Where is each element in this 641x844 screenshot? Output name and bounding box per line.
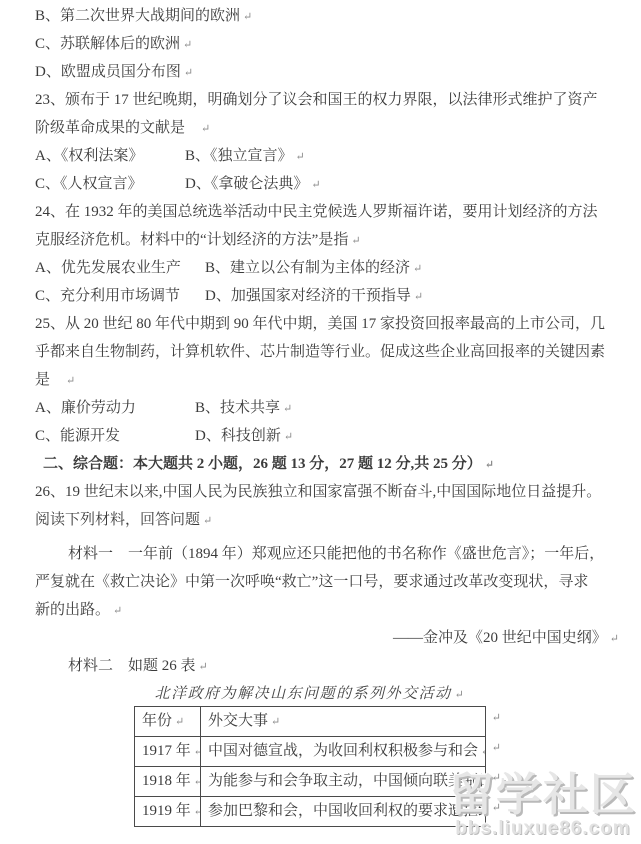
return-mark: ↵ [351,235,360,247]
q26-material1-line3: 新的出路。↵ [35,596,641,624]
table-event-1919: 参加巴黎和会，中国收回利权的要求遭拒绝 [208,803,486,819]
table-year-cell: 1917 年↵ [135,737,201,767]
table-header-year: 年份 [142,713,172,729]
q23-stem-line1: 23、颁布于 17 世纪晚期，明确划分了议会和国王的权力界限，以法律形式维护了资… [35,86,641,114]
exam-document-page: B、第二次世界大战期间的欧洲↵ C、苏联解体后的欧洲↵ D、欧盟成员国分布图↵ … [0,0,641,844]
table-header-row: 年份↵ 外交大事↵ [135,707,486,737]
return-mark: ↵ [66,375,75,387]
watermark-site-url: bbs.liuxue86.com [448,819,638,838]
q23-option-d: D、《拿破仑法典》 [185,176,308,192]
q22-option-b-row: B、第二次世界大战期间的欧洲↵ [35,2,641,30]
q23-option-b: B、《独立宣言》 [185,148,293,164]
table-year-1918: 1918 年 [142,773,191,789]
q25-stem-line1: 25、从 20 世纪 80 年代中期到 90 年代中期，美国 17 家投资回报率… [35,310,641,338]
q24-stem-text1: 24、在 1932 年的美国总统选举活动中民主党候选人罗斯福许诺，要用计划经济的… [35,204,598,220]
q23-stem-text1: 23、颁布于 17 世纪晚期，明确划分了议会和国王的权力界限，以法律形式维护了资… [35,92,598,108]
watermark-logo-text: 留学社区 [448,772,638,817]
return-mark: ↵ [485,459,494,471]
q26-material1-text1: 材料一 一年前（1894 年）郑观应还只能把他的书名称作《盛世危言》；一年后， [68,546,604,562]
q26-material2-label: 材料二 如题 26 表 [68,658,196,674]
return-mark: ↵ [194,746,201,758]
table-year-cell: 1919 年↵ [135,797,201,827]
q22-option-c: C、苏联解体后的欧洲 [35,36,180,52]
q25-stem-text1: 25、从 20 世纪 80 年代中期到 90 年代中期，美国 17 家投资回报率… [35,316,605,332]
q24-options-ab: A、优先发展农业生产B、建立以公有制为主体的经济↵ [35,254,641,282]
q26-material1-source: ——金冲及《20 世纪中国史纲》 [393,630,607,646]
table-event-cell: 为能参与和会争取主动，中国倾向联美制日↵ [201,767,486,797]
q22-option-b: B、第二次世界大战期间的欧洲 [35,8,240,24]
return-mark: ↵ [296,151,305,163]
q24-option-a: A、优先发展农业生产 [35,254,205,282]
q22-option-d-row: D、欧盟成员国分布图↵ [35,58,641,86]
return-mark: ↵ [243,11,252,23]
q25-option-c: C、能源开发 [35,422,195,450]
q26-material1-text3: 新的出路。 [35,602,110,618]
q26-material1-line2: 严复就在《救亡决论》中第一次呼唤“救亡”这一口号，要求通过改革改变现状，寻求 [35,568,641,596]
return-mark: ↵ [481,746,485,758]
return-mark: ↵ [203,515,212,527]
q26-table-title: 北洋政府为解决山东问题的系列外交活动 [155,686,452,702]
row-end-mark: ↵ [492,711,501,724]
table-year-1919: 1919 年 [142,803,191,819]
q26-table-block: 北洋政府为解决山东问题的系列外交活动↵ 年份↵ 外交大事↵ 1917 年↵ 中国… [134,684,486,827]
q26-intro-line2: 阅读下列材料，回答问题↵ [35,506,641,534]
return-mark: ↵ [201,123,210,135]
q23-option-a: A、《权利法案》 [35,142,185,170]
return-mark: ↵ [194,776,201,788]
table-event-1918: 为能参与和会争取主动，中国倾向联美制日 [208,773,486,789]
q24-stem-text2: 克服经济危机。材料中的“计划经济的方法”是指 [35,232,348,248]
section2-heading-row: 二、综合题：本大题共 2 小题，26 题 13 分，27 题 12 分,共 25… [35,450,641,478]
q24-option-b: B、建立以公有制为主体的经济 [205,260,410,276]
return-mark: ↵ [184,67,193,79]
q23-stem-line2: 阶级革命成果的文献是↵ [35,114,641,142]
q25-stem-text3: 是 [35,372,50,388]
q25-stem-text2: 乎都来自生物制药，计算机软件、芯片制造等行业。促成这些企业高回报率的关键因素 [35,344,605,360]
return-mark: ↵ [610,633,619,645]
return-mark: ↵ [199,661,208,673]
q26-intro-text1: 26、19 世纪末以来,中国人民为民族独立和国家富强不断奋斗,中国国际地位日益提… [35,484,601,500]
table-header-event-cell: 外交大事↵ [201,707,486,737]
q25-stem-line3: 是↵ [35,366,641,394]
return-mark: ↵ [413,263,422,275]
return-mark: ↵ [283,403,292,415]
q23-options-cd: C、《人权宣言》D、《拿破仑法典》↵ [35,170,641,198]
table-row: 1919 年↵ 参加巴黎和会，中国收回利权的要求遭拒绝↵ [135,797,486,827]
return-mark: ↵ [284,431,293,443]
q26-intro-text2: 阅读下列材料，回答问题 [35,512,200,528]
q24-option-d: D、加强国家对经济的干预指导 [205,288,411,304]
return-mark: ↵ [271,716,280,728]
table-year-cell: 1918 年↵ [135,767,201,797]
return-mark: ↵ [183,39,192,51]
return-mark: ↵ [175,716,184,728]
q26-table-title-row: 北洋政府为解决山东问题的系列外交活动↵ [134,684,486,704]
table-event-cell: 参加巴黎和会，中国收回利权的要求遭拒绝↵ [201,797,486,827]
return-mark: ↵ [311,179,320,191]
q22-option-d: D、欧盟成员国分布图 [35,64,181,80]
return-mark: ↵ [113,605,122,617]
q25-option-d: D、科技创新 [195,428,281,444]
q23-stem-text2: 阶级革命成果的文献是 [35,120,185,136]
table-header-year-cell: 年份↵ [135,707,201,737]
q25-option-a: A、廉价劳动力 [35,394,195,422]
q26-material1-text2: 严复就在《救亡决论》中第一次呼唤“救亡”这一口号，要求通过改革改变现状，寻求 [35,574,588,590]
table-header-event: 外交大事 [208,713,268,729]
q24-stem-line1: 24、在 1932 年的美国总统选举活动中民主党候选人罗斯福许诺，要用计划经济的… [35,198,641,226]
return-mark: ↵ [414,291,423,303]
return-mark: ↵ [194,806,201,818]
site-watermark: 留学社区 bbs.liuxue86.com [448,772,638,838]
q24-stem-line2: 克服经济危机。材料中的“计划经济的方法”是指↵ [35,226,641,254]
q25-options-cd: C、能源开发D、科技创新↵ [35,422,641,450]
q25-option-b: B、技术共享 [195,400,280,416]
q23-option-c: C、《人权宣言》 [35,170,185,198]
return-mark: ↵ [455,689,466,701]
row-end-mark: ↵ [492,741,501,754]
q26-intro-line1: 26、19 世纪末以来,中国人民为民族独立和国家富强不断奋斗,中国国际地位日益提… [35,478,641,506]
table-event-cell: 中国对德宣战，为收回利权积极参与和会↵ [201,737,486,767]
q22-option-c-row: C、苏联解体后的欧洲↵ [35,30,641,58]
table-row: 1917 年↵ 中国对德宣战，为收回利权积极参与和会↵ [135,737,486,767]
q26-material1-source-row: ——金冲及《20 世纪中国史纲》↵ [35,624,641,652]
q25-options-ab: A、廉价劳动力B、技术共享↵ [35,394,641,422]
q26-material1-line1: 材料一 一年前（1894 年）郑观应还只能把他的书名称作《盛世危言》；一年后， [35,540,641,568]
table-event-1917: 中国对德宣战，为收回利权积极参与和会 [208,743,478,759]
section2-heading: 二、综合题：本大题共 2 小题，26 题 13 分，27 题 12 分,共 25… [43,456,482,472]
table-year-1917: 1917 年 [142,743,191,759]
q23-options-ab: A、《权利法案》B、《独立宣言》↵ [35,142,641,170]
q26-material2-label-row: 材料二 如题 26 表↵ [35,652,641,680]
diplomacy-table: 年份↵ 外交大事↵ 1917 年↵ 中国对德宣战，为收回利权积极参与和会↵ 19… [134,706,486,827]
q25-stem-line2: 乎都来自生物制药，计算机软件、芯片制造等行业。促成这些企业高回报率的关键因素 [35,338,641,366]
q24-options-cd: C、充分利用市场调节D、加强国家对经济的干预指导↵ [35,282,641,310]
q24-option-c: C、充分利用市场调节 [35,282,205,310]
table-row: 1918 年↵ 为能参与和会争取主动，中国倾向联美制日↵ [135,767,486,797]
